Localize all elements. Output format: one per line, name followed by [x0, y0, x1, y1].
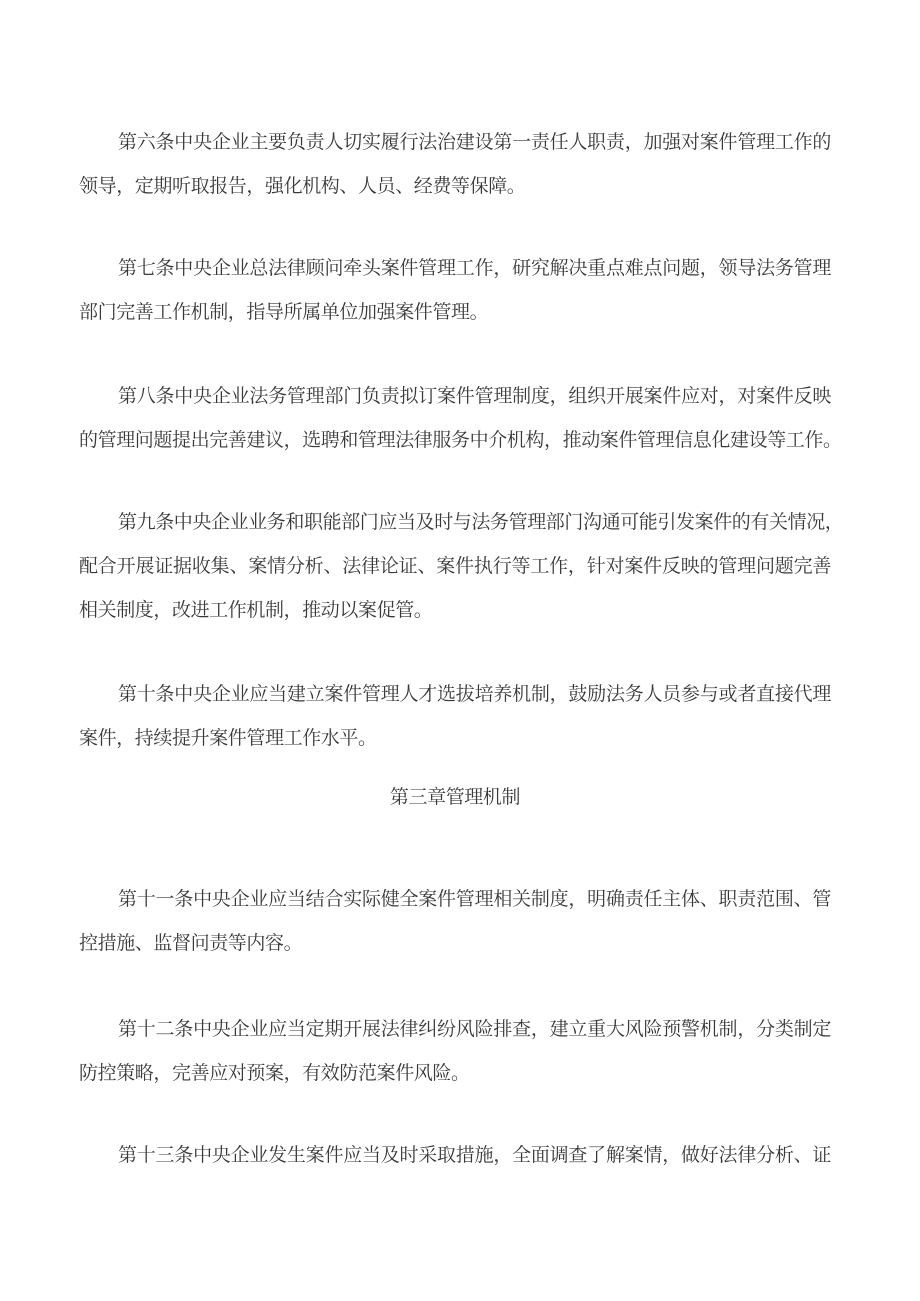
text-line: 案件，持续提升案件管理工作水平。	[79, 717, 831, 761]
text-line: 领导，定期听取报告，强化机构、人员、经费等保障。	[79, 165, 831, 209]
paragraph-article-13: 第十三条中央企业发生案件应当及时采取措施，全面调查了解案情，做好法律分析、证	[79, 1134, 831, 1178]
text-line: 控措施、监督问责等内容。	[79, 922, 831, 966]
text-line: 第十二条中央企业应当定期开展法律纠纷风险排查，建立重大风险预警机制，分类制定	[79, 1008, 831, 1052]
text-line: 的管理问题提出完善建议，选聘和管理法律服务中介机构，推动案件管理信息化建设等工作…	[79, 419, 831, 463]
text-line: 第八条中央企业法务管理部门负责拟订案件管理制度，组织开展案件应对，对案件反映	[79, 375, 831, 419]
text-line: 第九条中央企业业务和职能部门应当及时与法务管理部门沟通可能引发案件的有关情况，	[79, 501, 831, 545]
text-line: 第十一条中央企业应当结合实际健全案件管理相关制度，明确责任主体、职责范围、管	[79, 878, 831, 922]
text-line: 第十三条中央企业发生案件应当及时采取措施，全面调查了解案情，做好法律分析、证	[79, 1134, 831, 1178]
paragraph-article-12: 第十二条中央企业应当定期开展法律纠纷风险排查，建立重大风险预警机制，分类制定 防…	[79, 1008, 831, 1096]
paragraph-article-7: 第七条中央企业总法律顾问牵头案件管理工作，研究解决重点难点问题，领导法务管理 部…	[79, 247, 831, 335]
heading-text: 第三章管理机制	[79, 776, 831, 820]
paragraph-article-11: 第十一条中央企业应当结合实际健全案件管理相关制度，明确责任主体、职责范围、管 控…	[79, 878, 831, 966]
text-line: 第十条中央企业应当建立案件管理人才选拔培养机制，鼓励法务人员参与或者直接代理	[79, 673, 831, 717]
paragraph-article-6: 第六条中央企业主要负责人切实履行法治建设第一责任人职责，加强对案件管理工作的 领…	[79, 121, 831, 209]
text-line: 防控策略，完善应对预案，有效防范案件风险。	[79, 1052, 831, 1096]
paragraph-article-10: 第十条中央企业应当建立案件管理人才选拔培养机制，鼓励法务人员参与或者直接代理 案…	[79, 673, 831, 761]
chapter-3-heading: 第三章管理机制	[79, 776, 831, 820]
text-line: 相关制度，改进工作机制，推动以案促管。	[79, 589, 831, 633]
text-line: 第七条中央企业总法律顾问牵头案件管理工作，研究解决重点难点问题，领导法务管理	[79, 247, 831, 291]
paragraph-article-8: 第八条中央企业法务管理部门负责拟订案件管理制度，组织开展案件应对，对案件反映 的…	[79, 375, 831, 463]
text-line: 第六条中央企业主要负责人切实履行法治建设第一责任人职责，加强对案件管理工作的	[79, 121, 831, 165]
document-page: 第六条中央企业主要负责人切实履行法治建设第一责任人职责，加强对案件管理工作的 领…	[0, 0, 920, 1301]
text-line: 配合开展证据收集、案情分析、法律论证、案件执行等工作，针对案件反映的管理问题完善	[79, 545, 831, 589]
paragraph-article-9: 第九条中央企业业务和职能部门应当及时与法务管理部门沟通可能引发案件的有关情况， …	[79, 501, 831, 633]
text-line: 部门完善工作机制，指导所属单位加强案件管理。	[79, 291, 831, 335]
